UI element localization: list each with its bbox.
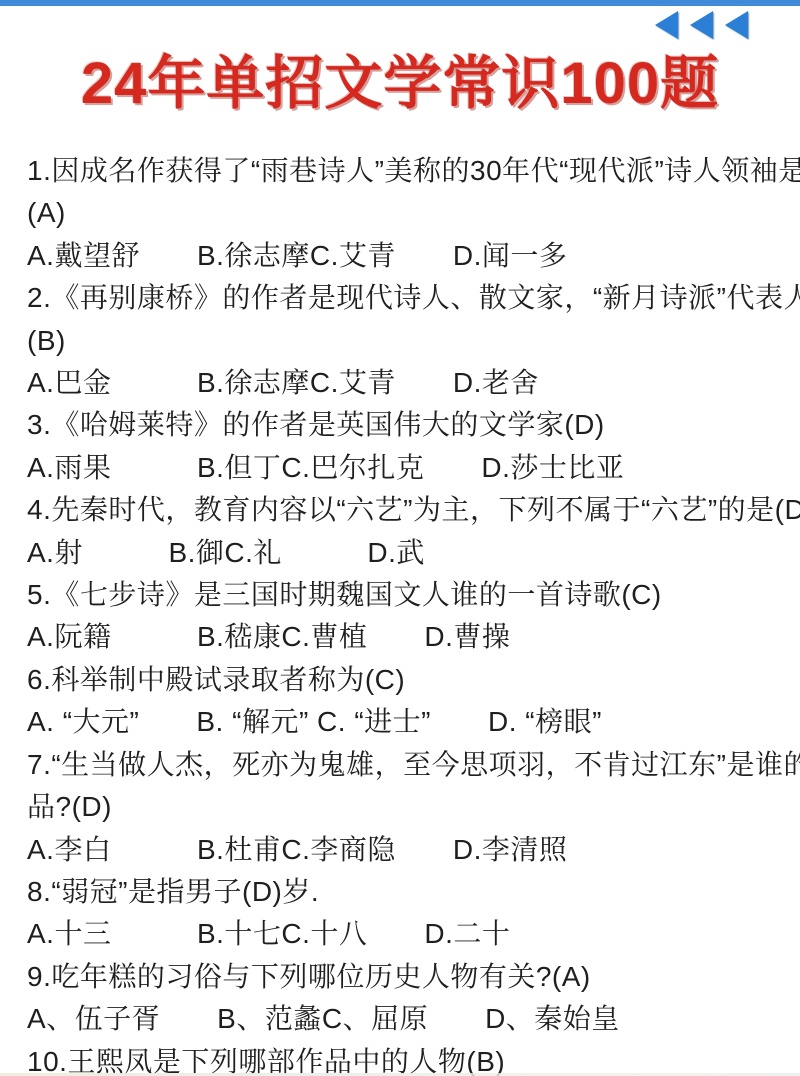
question-text: 9.吃年糕的习俗与下列哪位历史人物有关?(A) xyxy=(27,956,784,998)
swipe-left-arrow-icon xyxy=(725,11,748,39)
question-text: 6.科举制中殿试录取者称为(C) xyxy=(27,659,784,701)
question-answer-line: (B) xyxy=(27,320,784,362)
top-edge-strip xyxy=(0,0,800,6)
question-text: 1.因成名作获得了“雨巷诗人”美称的30年代“现代派”诗人领袖是 xyxy=(27,150,784,192)
options-line: A.阮籍 B.嵇康C.曹植 D.曹操 xyxy=(27,616,784,658)
options-line: A.李白 B.杜甫C.李商隐 D.李清照 xyxy=(27,829,784,871)
swipe-left-arrow-icon xyxy=(690,11,713,39)
question-text: 3.《哈姆莱特》的作者是英国伟大的文学家(D) xyxy=(27,404,784,446)
options-line: A. “大元” B. “解元” C. “进士” D. “榜眼” xyxy=(27,701,784,743)
question-1: 1.因成名作获得了“雨巷诗人”美称的30年代“现代派”诗人领袖是 (A) A.戴… xyxy=(27,150,784,277)
options-line: A.戴望舒 B.徐志摩C.艾青 D.闻一多 xyxy=(27,235,784,277)
question-text: 5.《七步诗》是三国时期魏国文人谁的一首诗歌(C) xyxy=(27,574,784,616)
question-text-continued: 品?(D) xyxy=(27,786,784,828)
question-4: 4.先秦时代，教育内容以“六艺”为主，下列不属于“六艺”的是(D) A.射 B.… xyxy=(27,489,784,574)
options-line: A.雨果 B.但丁C.巴尔扎克 D.莎士比亚 xyxy=(27,447,784,489)
swipe-left-arrow-icon xyxy=(655,11,678,39)
options-line: A.射 B.御C.礼 D.武 xyxy=(27,532,784,574)
question-text: 4.先秦时代，教育内容以“六艺”为主，下列不属于“六艺”的是(D) xyxy=(27,489,784,531)
question-answer-line: (A) xyxy=(27,192,784,234)
options-line: A、伍子胥 B、范蠡C、屈原 D、秦始皇 xyxy=(27,998,784,1040)
question-3: 3.《哈姆莱特》的作者是英国伟大的文学家(D) A.雨果 B.但丁C.巴尔扎克 … xyxy=(27,404,784,489)
question-8: 8.“弱冠”是指男子(D)岁. A.十三 B.十七C.十八 D.二十 xyxy=(27,871,784,956)
swipe-left-arrows xyxy=(655,11,748,39)
options-line: A.巴金 B.徐志摩C.艾青 D.老舍 xyxy=(27,362,784,404)
page-title: 24年单招文学常识100题 xyxy=(0,50,800,118)
question-text: 7.“生当做人杰，死亦为鬼雄，至今思项羽，不肯过江东”是谁的作 xyxy=(27,744,784,786)
question-text: 8.“弱冠”是指男子(D)岁. xyxy=(27,871,784,913)
question-6: 6.科举制中殿试录取者称为(C) A. “大元” B. “解元” C. “进士”… xyxy=(27,659,784,744)
question-text: 10.王熙凤是下列哪部作品中的人物(B) xyxy=(27,1041,784,1076)
quiz-page: 24年单招文学常识100题 1.因成名作获得了“雨巷诗人”美称的30年代“现代派… xyxy=(0,0,800,1076)
question-10: 10.王熙凤是下列哪部作品中的人物(B) xyxy=(27,1041,784,1076)
question-7: 7.“生当做人杰，死亦为鬼雄，至今思项羽，不肯过江东”是谁的作 品?(D) A.… xyxy=(27,744,784,871)
question-2: 2.《再别康桥》的作者是现代诗人、散文家，“新月诗派”代表人物 (B) A.巴金… xyxy=(27,277,784,404)
question-text: 2.《再别康桥》的作者是现代诗人、散文家，“新月诗派”代表人物 xyxy=(27,277,784,319)
question-5: 5.《七步诗》是三国时期魏国文人谁的一首诗歌(C) A.阮籍 B.嵇康C.曹植 … xyxy=(27,574,784,659)
question-9: 9.吃年糕的习俗与下列哪位历史人物有关?(A) A、伍子胥 B、范蠡C、屈原 D… xyxy=(27,956,784,1041)
question-list: 1.因成名作获得了“雨巷诗人”美称的30年代“现代派”诗人领袖是 (A) A.戴… xyxy=(27,150,784,1076)
options-line: A.十三 B.十七C.十八 D.二十 xyxy=(27,913,784,955)
